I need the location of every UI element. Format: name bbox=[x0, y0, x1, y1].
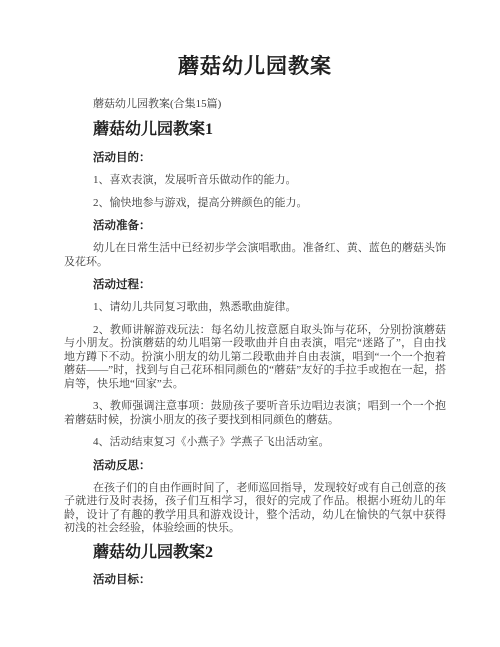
prep-paragraph: 幼儿在日常生活中已经初步学会演唱歌曲。准备红、黄、蓝色的蘑菇头饰及花环。 bbox=[64, 242, 446, 269]
document-page: 蘑菇幼儿园教案 蘑菇幼儿园教案(合集15篇) 蘑菇幼儿园教案1 活动目的： 1、… bbox=[0, 0, 500, 647]
purpose-item-1: 1、喜欢表演，发展听音乐做动作的能力。 bbox=[64, 174, 446, 188]
activity-purpose-label: 活动目的： bbox=[64, 151, 446, 165]
process-step-2: 2、教师讲解游戏玩法：每名幼儿按意愿自取头饰与花环，分别扮演蘑菇与小朋友。扮演蘑… bbox=[64, 324, 446, 392]
process-step-1: 1、请幼儿共同复习歌曲，熟悉歌曲旋律。 bbox=[64, 301, 446, 315]
purpose-item-2: 2、愉快地参与游戏，提高分辨颜色的能力。 bbox=[64, 197, 446, 211]
lesson2-heading: 蘑菇幼儿园教案2 bbox=[64, 542, 446, 564]
activity-reflection-label: 活动反思： bbox=[64, 459, 446, 473]
collection-note: 蘑菇幼儿园教案(合集15篇) bbox=[64, 97, 446, 111]
activity-goal-label: 活动目标： bbox=[64, 573, 446, 587]
process-step-4: 4、活动结束复习《小燕子》学燕子飞出活动室。 bbox=[64, 436, 446, 450]
reflection-paragraph: 在孩子们的自由作画时间了，老师巡回指导，发现较好或有自己创意的孩子就进行及时表扬… bbox=[64, 482, 446, 536]
document-title: 蘑菇幼儿园教案 bbox=[64, 52, 446, 80]
activity-prep-label: 活动准备： bbox=[64, 219, 446, 233]
lesson1-heading: 蘑菇幼儿园教案1 bbox=[64, 119, 446, 141]
activity-process-label: 活动过程： bbox=[64, 278, 446, 292]
process-step-3: 3、教师强调注意事项：鼓励孩子要听音乐边唱边表演；唱到一个一个抱着蘑菇时候，扮演… bbox=[64, 400, 446, 427]
